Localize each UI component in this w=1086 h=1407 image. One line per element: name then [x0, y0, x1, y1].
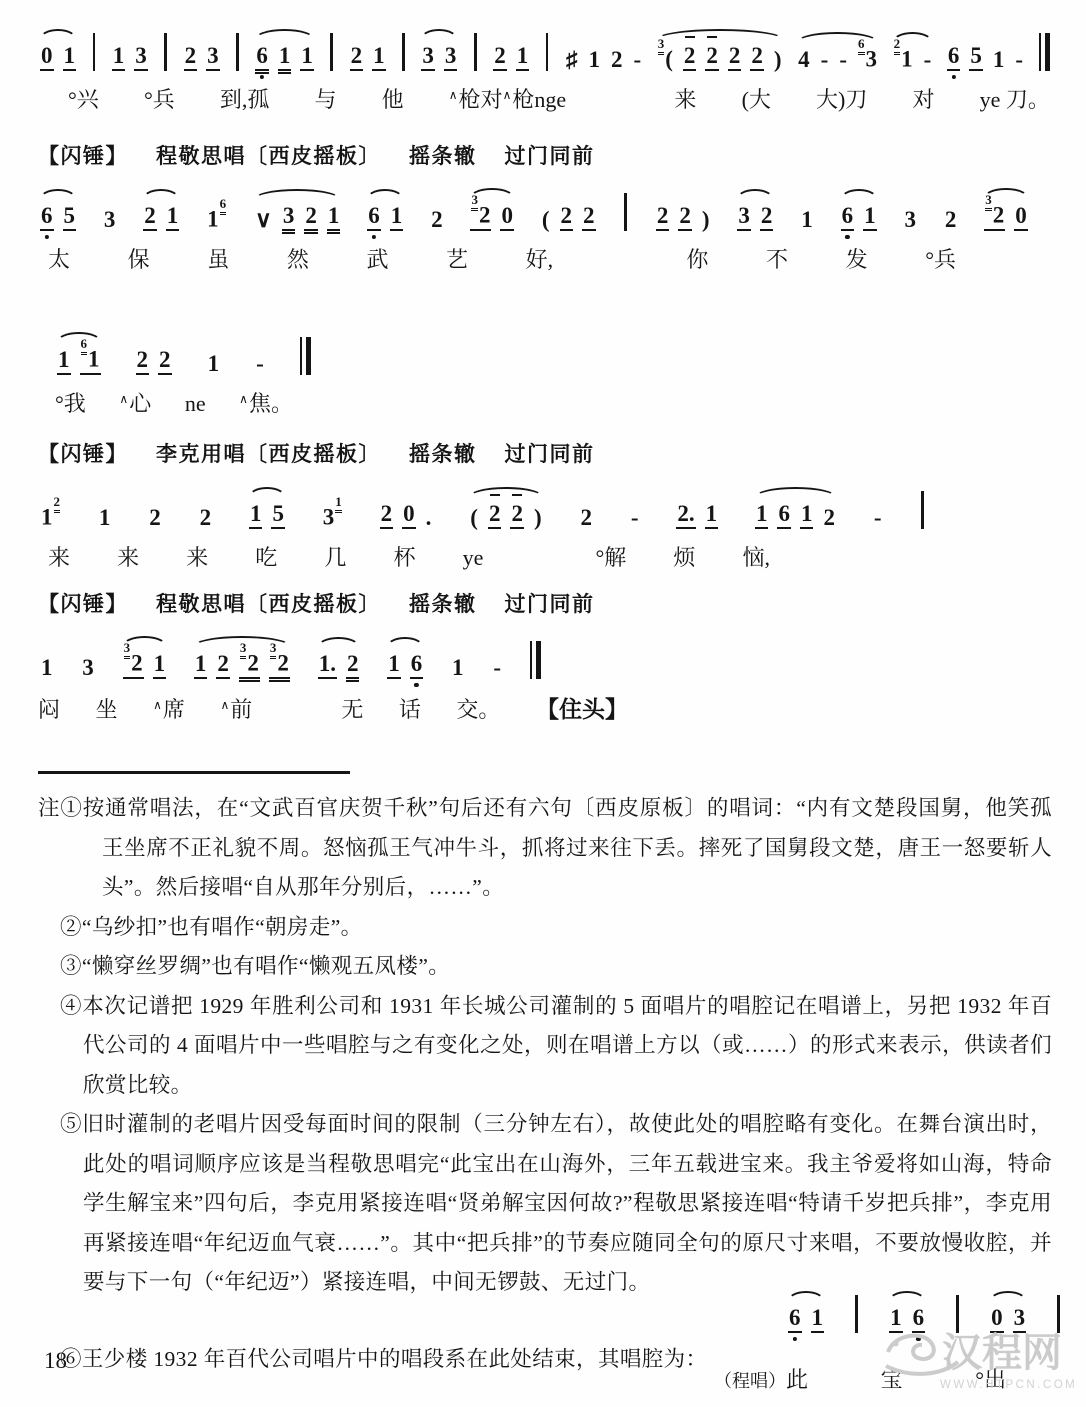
music-note: 32 [269, 651, 290, 679]
note-group: 12 [38, 489, 63, 536]
note-group: (22 [539, 188, 598, 238]
music-note: 1 [194, 652, 208, 679]
lyric-syllable: °兴 [68, 83, 99, 114]
music-note: - [838, 48, 848, 71]
note-group: 2 [428, 192, 446, 238]
music-note: 1 [372, 44, 386, 71]
tone-caret-mark: ∧ [153, 698, 162, 712]
note-group: 3 [101, 192, 119, 238]
page-number: 18 [44, 1348, 67, 1374]
barline [546, 33, 549, 71]
tone-caret-mark: ∧ [220, 698, 229, 712]
footnote-label: ③ [60, 954, 82, 978]
lyrics-row-5: 闷坐∧席∧前无话交。【住头】 [38, 691, 628, 724]
note-group: ∨321 [252, 188, 342, 238]
grace-note: 3 [124, 640, 131, 659]
lyrics-row-2: 太保虽然武艺好,你不发°兵 [48, 243, 956, 274]
music-note: 2 [493, 44, 507, 71]
singer-and-mode: 李克用唱〔西皮摇板〕 [156, 438, 381, 468]
rhyme-scheme: 摇条辙 [409, 140, 477, 170]
lyric-syllable: °兵 [925, 243, 956, 274]
low-octave-dot [845, 235, 849, 239]
low-octave-dot [414, 683, 418, 687]
lyric-syllable: 武 [366, 243, 388, 274]
music-note: 2 [304, 204, 318, 231]
note-group: - [628, 490, 642, 536]
lyric-syllable: 太 [48, 243, 70, 274]
music-note: 2 [216, 652, 230, 679]
note-group: 3 [902, 192, 920, 238]
music-note: 32 [984, 203, 1005, 231]
music-note: 1 [390, 204, 404, 231]
low-octave-dot [916, 1337, 920, 1341]
note-group: 61 [786, 1290, 826, 1340]
music-note: 2 [184, 44, 198, 71]
footnotes-section: 注①按通常唱法，在“文武百官庆贺千秋”句后还有六句〔西皮原板〕的唱词：“内有文楚… [38, 789, 1052, 1303]
footnote-divider [38, 771, 350, 774]
lyric-syllable: 几 [324, 541, 346, 572]
music-note: 3 [444, 44, 458, 71]
barline [236, 33, 239, 71]
grace-note: 3 [240, 640, 247, 659]
grace-note: 3 [985, 192, 992, 211]
note-group [1037, 17, 1052, 78]
notation-row-6: 611603 [786, 1286, 1064, 1340]
music-note: 5 [63, 204, 77, 231]
note-group: 1 [205, 336, 223, 382]
lyric-syllable: 虽 [207, 243, 229, 274]
music-note: ( [541, 208, 551, 231]
lyric-syllable: °出 [975, 1363, 1006, 1394]
music-note: 1 [327, 204, 341, 231]
note-group: 21 [491, 28, 531, 78]
note-group: 1612 [753, 486, 838, 536]
music-note: 2 [148, 506, 162, 529]
lyric-syllable: 烦 [673, 541, 695, 572]
music-note: 2 [579, 506, 593, 529]
low-octave-dot [260, 75, 264, 79]
footnote-label: ② [60, 915, 82, 939]
music-note: 3 [737, 204, 751, 231]
music-note: 2 [683, 44, 697, 71]
music-note: 1 [755, 502, 769, 529]
score-line-3: 161221- °我∧心ne∧焦。 [55, 328, 313, 418]
note-group: 321 [121, 635, 169, 686]
note-group: 16 [385, 636, 425, 686]
music-note: 6 [255, 44, 269, 71]
music-note: 1 [207, 352, 221, 375]
music-note: 6 [788, 1306, 802, 1333]
lyrics-row-6: （程唱）此宝°出 [714, 1363, 1006, 1394]
barline [474, 33, 477, 71]
music-note: 3 [904, 208, 918, 231]
music-note: ) [773, 48, 783, 71]
music-note: 1 [249, 502, 263, 529]
lyric-syllable: 好, [526, 243, 554, 274]
music-note: 5 [969, 44, 983, 71]
note-group: 1 [449, 640, 467, 686]
notation-row-1: 011323611213321♯12-3(2222)4--6321-651- [38, 24, 1052, 78]
note-group: 2 [146, 490, 164, 536]
music-note: 32 [239, 651, 260, 679]
music-note: 1 [800, 502, 814, 529]
tone-caret-mark: ∧ [239, 392, 248, 406]
note-group: 31 [320, 489, 345, 536]
barline [164, 33, 167, 71]
music-note: 3 [103, 208, 117, 231]
note-group [326, 17, 337, 78]
music-note: 1 [40, 656, 54, 679]
music-note: 2 [488, 502, 502, 529]
music-note: 2 [158, 348, 172, 375]
music-note: - [820, 48, 830, 71]
note-group [620, 177, 631, 238]
lyric-syllable: 坐 [96, 693, 118, 724]
score-line-1: 011323611213321♯12-3(2222)4--6321-651- °… [38, 24, 1052, 114]
note-group: 32 [735, 188, 775, 238]
music-note: - [632, 48, 642, 71]
music-note: 2 [143, 204, 157, 231]
music-note: 5 [271, 502, 285, 529]
note-group: 4--63 [795, 31, 880, 78]
closing-score-lyrics: （程唱）此宝°出 [714, 1358, 1006, 1394]
lyric-syllable: ∧心 [119, 387, 151, 418]
footnote-label: ⑤ [60, 1112, 82, 1136]
music-note: 2 [582, 204, 596, 231]
note-group: 21 [348, 28, 388, 78]
lyric-syllable: (大 [742, 83, 771, 114]
double-barline [530, 641, 541, 679]
note-group: 20. [378, 486, 435, 536]
music-note: 2 [510, 502, 524, 529]
rhyme-scheme: 摇条辙 [409, 588, 477, 618]
music-note: 61 [80, 347, 101, 375]
music-note: 1 [863, 204, 877, 231]
music-note: 1 [387, 652, 401, 679]
footnote-text: 按通常唱法，在“文武百官庆贺千秋”句后还有六句〔西皮原板〕的唱词：“内有文楚段国… [83, 796, 1052, 899]
percussion-tag: 【闪锤】 [38, 438, 128, 468]
music-note: - [873, 506, 883, 529]
music-note: 2 [760, 204, 774, 231]
sheet-music-page: 011323611213321♯12-3(2222)4--6321-651- °… [0, 0, 1086, 1407]
low-octave-dot [952, 75, 956, 79]
interlude-note: 过门同前 [505, 588, 595, 618]
singer-and-mode: 程敬思唱〔西皮摇板〕 [156, 140, 381, 170]
footnote-label: 注① [38, 796, 83, 820]
lyric-syllable: 对 [912, 83, 934, 114]
music-note: ) [533, 506, 543, 529]
lyric-syllable: ye [463, 545, 484, 571]
lyric-syllable: 话 [399, 693, 421, 724]
lyric-syllable: 不 [766, 243, 788, 274]
notation-row-2: 6532116∨321612320(2222)3216132320 [38, 184, 1030, 238]
note-group [952, 1279, 963, 1340]
lyric-syllable: ∧枪对∧枪nge [449, 83, 566, 114]
note-group: 16 [887, 1290, 927, 1340]
music-note: 3 [282, 204, 296, 231]
note-group: 65 [38, 188, 78, 238]
rhyme-scheme: 摇条辙 [409, 438, 477, 468]
low-octave-dot [372, 235, 376, 239]
percussion-tag: 【闪锤】 [38, 140, 128, 170]
note-group: 1 [96, 490, 114, 536]
music-note: 6 [410, 652, 424, 679]
notation-row-5: 133211232321.2161- [38, 632, 543, 686]
note-group [917, 475, 928, 536]
low-octave-dot [793, 1337, 797, 1341]
tone-caret-mark: ∧ [449, 88, 458, 102]
music-note: 2 [199, 506, 213, 529]
music-note: 6 [947, 44, 961, 71]
music-note: 2 [750, 44, 764, 71]
note-group [160, 17, 171, 78]
lyric-parenthetical: （程唱） [714, 1371, 786, 1391]
music-note: . [425, 506, 433, 529]
note-group: 1 [798, 192, 816, 238]
music-note: 1 [300, 44, 314, 71]
music-note: 1 [153, 652, 167, 679]
grace-note: 1 [335, 494, 342, 513]
note-group: 2 [942, 192, 960, 238]
music-note: 32 [470, 203, 491, 231]
music-note: 3( [657, 47, 674, 71]
note-group: 15 [247, 486, 287, 536]
footnote-1: 注①按通常唱法，在“文武百官庆贺千秋”句后还有六句〔西皮原板〕的唱词：“内有文楚… [38, 789, 1052, 908]
music-note: 31 [322, 505, 343, 529]
note-group [232, 17, 243, 78]
note-group: 123232 [192, 635, 292, 686]
note-group: 22 [134, 332, 174, 382]
music-note: 1 [278, 44, 292, 71]
footnote-text: “乌纱扣”也有唱作“朝房走”。 [82, 915, 363, 939]
lyric-syllable: °兵 [144, 83, 175, 114]
note-group: 1.2 [316, 636, 362, 686]
lyric-syllable: 保 [128, 243, 150, 274]
grace-note: 2 [894, 36, 901, 55]
footnote-text: 王少楼 1932 年百代公司唱片中的唱段系在此处结束，其唱腔为： [82, 1347, 708, 1371]
lyric-syllable: 来 [186, 541, 208, 572]
note-group: 161 [55, 331, 103, 382]
music-note: 1 [98, 506, 112, 529]
music-note: 6 [367, 204, 381, 231]
note-group: 21- [891, 31, 935, 78]
music-note: 2 [728, 44, 742, 71]
lyrics-row-4: 来来来吃几杯ye°解烦恼, [48, 541, 770, 572]
music-note: 2 [560, 204, 574, 231]
lyric-syllable: 无 [341, 693, 363, 724]
barline [956, 1295, 959, 1333]
variant-dash [707, 36, 717, 38]
music-note: 6 [912, 1306, 926, 1333]
grace-note: 2 [54, 494, 61, 513]
note-group [542, 17, 553, 78]
tone-caret-mark: ∧ [503, 88, 512, 102]
variant-dash [490, 494, 500, 496]
note-group: 33 [419, 28, 459, 78]
music-note: 1 [705, 502, 719, 529]
lyric-syllable: ne [185, 391, 206, 417]
lyric-syllable: 艺 [446, 243, 468, 274]
lyric-syllable: 来 [117, 541, 139, 572]
note-group: 2 [197, 490, 215, 536]
music-note: 2 [350, 44, 364, 71]
footnote-4: ④本次记谱把 1929 年胜利公司和 1931 年长城公司灌制的 5 面唱片的唱… [60, 987, 1052, 1106]
footnote-6: ⑥王少楼 1932 年百代公司唱片中的唱段系在此处结束，其唱腔为： [60, 1342, 740, 1373]
music-note: 2 [346, 652, 360, 679]
music-note: 1 [451, 656, 465, 679]
barline [1057, 1295, 1060, 1333]
notation-row-3: 161221- [55, 328, 313, 382]
double-barline [1039, 33, 1050, 71]
music-note: 1 [889, 1306, 903, 1333]
music-note: 0 [500, 204, 514, 231]
note-group: 2 [577, 490, 595, 536]
music-note: - [630, 506, 640, 529]
interlude-note: 过门同前 [505, 140, 595, 170]
lyric-syllable: ∧前 [220, 693, 252, 724]
note-group: 320 [982, 187, 1030, 238]
note-group [298, 321, 313, 382]
double-barline [300, 337, 311, 375]
lyrics-row-3: °我∧心ne∧焦。 [55, 387, 293, 418]
music-note: - [1014, 48, 1024, 71]
lyric-syllable: 与 [315, 83, 337, 114]
score-line-5: 133211232321.2161- 闷坐∧席∧前无话交。【住头】 [38, 632, 543, 724]
music-note: 32 [123, 651, 144, 679]
lyric-syllable: 【住头】 [536, 691, 628, 724]
music-note: - [492, 656, 502, 679]
note-group: 3 [79, 640, 97, 686]
lyric-syllable: ∧焦。 [239, 387, 293, 418]
lyric-syllable: 到,孤 [220, 83, 270, 114]
score-line-4: 12122153120.(22)2-2.11612- 来来来吃几杯ye°解烦恼, [38, 482, 928, 572]
variant-dash [512, 494, 522, 496]
music-note: 6 [40, 204, 54, 231]
footnote-2: ②“乌纱扣”也有唱作“朝房走”。 [60, 908, 1052, 948]
music-note: 6 [841, 204, 855, 231]
note-group: 22) [654, 188, 713, 238]
music-note: 1 [112, 44, 126, 71]
note-group: 320 [468, 187, 516, 238]
music-note: 2 [380, 502, 394, 529]
performance-tag-2: 【闪锤】 李克用唱〔西皮摇板〕 摇条辙 过门同前 [38, 438, 595, 468]
music-note: 3 [206, 44, 220, 71]
music-note: 21 [893, 47, 914, 71]
music-note: 3 [81, 656, 95, 679]
lyric-syllable: ∧席 [153, 693, 185, 724]
footnote-5: ⑤旧时灌制的老唱片因受每面时间的限制（三分钟左右），故使此处的唱腔略有变化。在舞… [60, 1105, 1052, 1303]
music-note: 1 [800, 208, 814, 231]
music-note: ♯ [565, 48, 579, 71]
grace-note: 6 [858, 36, 865, 55]
lyric-syllable: （程唱）此 [714, 1363, 808, 1394]
barline [855, 1295, 858, 1333]
performance-tag-1: 【闪锤】 程敬思唱〔西皮摇板〕 摇条辙 过门同前 [38, 140, 595, 170]
music-note: 4 [797, 48, 811, 71]
score-line-2: 6532116∨321612320(2222)3216132320 太保虽然武艺… [38, 184, 1030, 274]
percussion-tag: 【闪锤】 [38, 588, 128, 618]
music-note: 16 [206, 207, 227, 231]
grace-note: 3 [471, 192, 478, 211]
music-note: 1 [166, 204, 180, 231]
lyrics-row-1: °兴°兵到,孤与他∧枪对∧枪nge来(大大)刀对ye 刀。 [68, 83, 1050, 114]
singer-and-mode: 程敬思唱〔西皮摇板〕 [156, 588, 381, 618]
music-note: 2 [136, 348, 150, 375]
music-note: 1 [516, 44, 530, 71]
footnote-text: 旧时灌制的老唱片因受每面时间的限制（三分钟左右），故使此处的唱腔略有变化。在舞台… [82, 1112, 1052, 1294]
music-note: 2 [822, 506, 836, 529]
note-group: 651- [945, 28, 1026, 78]
footnote-text: 本次记谱把 1929 年胜利公司和 1931 年长城公司灌制的 5 面唱片的唱腔… [82, 994, 1052, 1097]
interlude-note: 过门同前 [505, 438, 595, 468]
note-group [851, 1279, 862, 1340]
note-group: 23 [182, 28, 222, 78]
note-group: 61 [365, 188, 405, 238]
music-note: 2 [678, 204, 692, 231]
music-note: 12 [40, 505, 61, 529]
note-group [470, 17, 481, 78]
note-group: 61 [839, 188, 879, 238]
grace-note: 6 [81, 336, 88, 355]
lyric-syllable: 吃 [255, 541, 277, 572]
music-note: 1 [587, 48, 601, 71]
grace-note: 6 [220, 196, 227, 215]
note-group [398, 17, 409, 78]
variant-dash [685, 36, 695, 38]
lyric-syllable: 然 [287, 243, 309, 274]
lyric-syllable: 交。 [456, 693, 500, 724]
lyric-syllable: °解 [595, 541, 626, 572]
note-group: - [490, 640, 504, 686]
lyric-syllable: °我 [55, 387, 86, 418]
music-note: - [923, 48, 933, 71]
note-group [89, 17, 100, 78]
note-group: 13 [110, 28, 150, 78]
note-group: 16 [204, 191, 229, 238]
notation-row-4: 12122153120.(22)2-2.11612- [38, 482, 928, 536]
music-note: 1 [811, 1306, 825, 1333]
footnote-3: ③“懒穿丝罗绸”也有唱作“懒观五凤楼”。 [60, 947, 1052, 987]
note-group [1053, 1279, 1064, 1340]
music-note: 3 [134, 44, 148, 71]
barline [402, 33, 405, 71]
lyric-syllable: 大)刀 [816, 83, 867, 114]
lyric-syllable: 恼, [742, 541, 770, 572]
music-note: 0 [990, 1306, 1004, 1333]
note-group: 21 [141, 188, 181, 238]
music-note: ∨ [254, 208, 273, 231]
lyric-syllable: 发 [846, 243, 868, 274]
note-group: 03 [988, 1290, 1028, 1340]
music-note: - [255, 352, 265, 375]
lyric-syllable: 杯 [393, 541, 415, 572]
music-note: 1 [57, 348, 71, 375]
music-note: 0 [1014, 204, 1028, 231]
note-group: 3(2222) [655, 28, 785, 78]
lyric-syllable: 你 [686, 243, 708, 274]
music-note: 3 [421, 44, 435, 71]
footnote-text: “懒穿丝罗绸”也有唱作“懒观五凤楼”。 [82, 954, 450, 978]
barline [921, 491, 924, 529]
note-group: - [871, 490, 885, 536]
note-group: 01 [38, 28, 78, 78]
note-group: 2.1 [674, 486, 720, 536]
music-note: ( [469, 506, 479, 529]
music-note: 1 [992, 48, 1006, 71]
note-group: 1 [38, 640, 56, 686]
lyric-syllable: 来 [48, 541, 70, 572]
music-note: 0 [402, 502, 416, 529]
